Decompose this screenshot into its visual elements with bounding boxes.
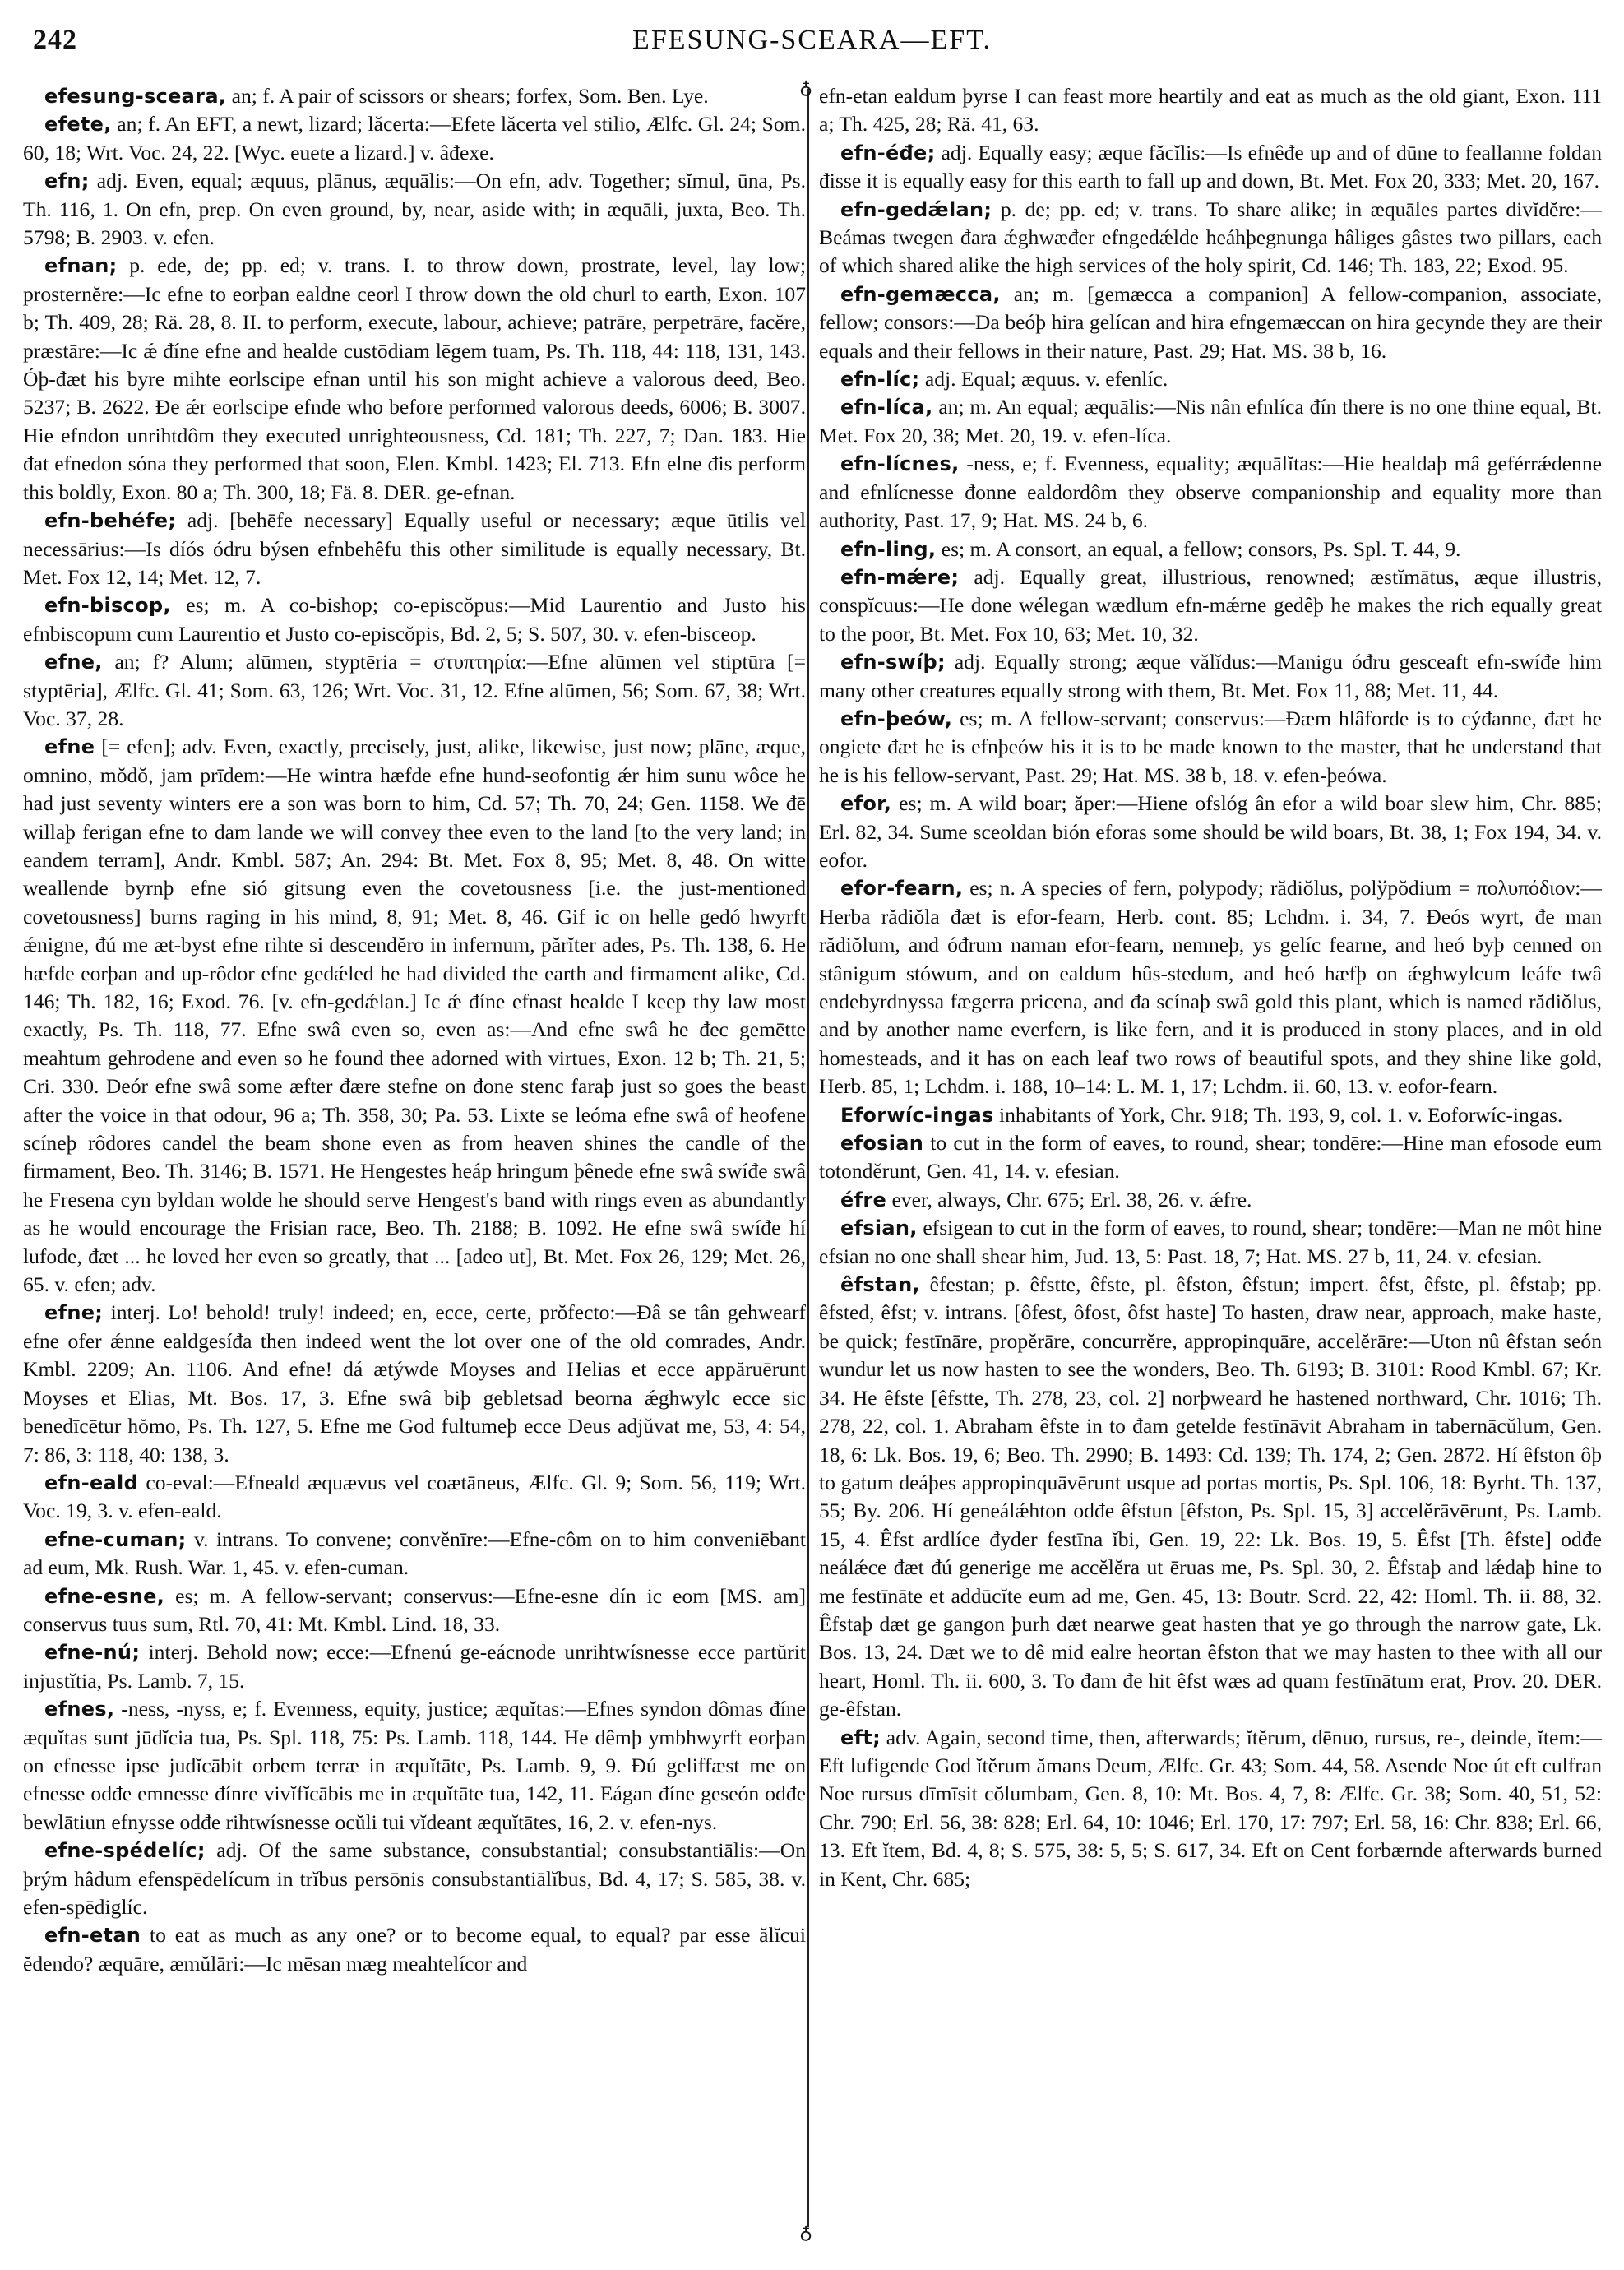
dictionary-entry: efnes, -ness, -nyss, e; f. Evenness, equ… [23,1695,806,1837]
dictionary-entry: efn-gedǽlan; p. de; pp. ed; v. trans. To… [819,196,1602,280]
entry-body: co-eval:—Efneald æquævus vel coætāneus, … [23,1471,806,1522]
dictionary-entry: efnan; p. ede, de; pp. ed; v. trans. I. … [23,252,806,507]
dictionary-entry: efn-þeów, es; m. A fellow-servant; conse… [819,705,1602,790]
entry-headword: efn-eald [44,1471,138,1494]
entry-headword: efn-lícnes, [840,452,960,475]
dictionary-entry: efn-mǽre; adj. Equally great, illustriou… [819,563,1602,648]
entry-headword: efn-behéfe; [44,509,176,532]
entry-body: adj. Even, equal; æquus, plānus, æquālis… [23,169,806,249]
entry-headword: Eforwíc-ingas [840,1104,994,1127]
entry-headword: eft; [840,1726,881,1749]
entry-headword: efn-þeów, [840,707,952,730]
entry-body: to eat as much as any one? or to become … [23,1923,806,1975]
entry-headword: efn-ling, [840,538,936,561]
entry-headword: efne-nú; [44,1641,140,1664]
entry-headword: efn-etan [44,1924,141,1947]
dictionary-entry: efn-behéfe; adj. [behēfe necessary] Equa… [23,507,806,591]
entry-headword: efete, [44,113,112,136]
entry-body: an; m. An equal; æquālis:—Nis nân efnlíc… [819,395,1602,447]
entry-body: es; n. A species of fern, polypody; rădi… [819,876,1602,1098]
page-header: 242 EFESUNG-SCEARA—EFT. [33,25,1591,66]
right-column: efn-etan ealdum þyrse I can feast more h… [819,82,1602,1893]
entry-headword: efosian [840,1132,923,1155]
dictionary-entry: efn-ling, es; m. A consort, an equal, a … [819,535,1602,563]
entry-body: êfestan; p. êfstte, êfste, pl. êfston, ê… [819,1272,1602,1721]
ornament-bottom-icon: ♁ [799,2224,812,2242]
entry-body: interj. Behold now; ecce:—Efnenú ge-eácn… [23,1640,806,1692]
dictionary-entry: efn-gemæcca, an; m. [gemæcca a companion… [819,280,1602,365]
entry-headword: efne-esne, [44,1585,164,1608]
entry-body: ever, always, Chr. 675; Erl. 38, 26. v. … [886,1188,1252,1211]
entry-body: p. ede, de; pp. ed; v. trans. I. to thro… [23,253,806,503]
entry-headword: efesung-sceara, [44,85,226,108]
entry-headword: efne-spédelíc; [44,1839,206,1862]
entry-headword: éfre [840,1188,886,1211]
entry-body: efsigean to cut in the form of eaves, to… [819,1216,1602,1267]
dictionary-entry: éfre ever, always, Chr. 675; Erl. 38, 26… [819,1186,1602,1214]
dictionary-entry: efete, an; f. An EFT, a newt, lizard; lă… [23,110,806,167]
entry-body: inhabitants of York, Chr. 918; Th. 193, … [994,1103,1563,1127]
dictionary-entry: efne-cuman; v. intrans. To convene; conv… [23,1526,806,1582]
dictionary-entry: efn-etan ealdum þyrse I can feast more h… [819,82,1602,139]
dictionary-entry: efn-líca, an; m. An equal; æquālis:—Nis … [819,393,1602,450]
entry-headword: efn-biscop, [44,594,171,617]
dictionary-entry: efne, an; f? Alum; alūmen, styptēria = σ… [23,648,806,733]
entry-body: es; m. A wild boar; ăper:—Hiene ofslóg â… [819,791,1602,872]
running-head: EFESUNG-SCEARA—EFT. [33,25,1591,56]
dictionary-entry: efne; interj. Lo! behold! truly! indeed;… [23,1299,806,1468]
dictionary-entry: efne-esne, es; m. A fellow-servant; cons… [23,1582,806,1639]
entry-body: es; m. A consort, an equal, a fellow; co… [936,537,1460,561]
entry-body: efn-etan ealdum þyrse I can feast more h… [819,84,1602,136]
entry-headword: êfstan, [840,1273,920,1296]
entry-body: to cut in the form of eaves, to round, s… [819,1131,1602,1183]
entry-headword: efn; [44,169,90,192]
entry-body: an; f. A pair of scissors or shears; for… [226,84,708,108]
entry-headword: efn-líc; [840,368,919,391]
entry-headword: efne; [44,1301,103,1324]
dictionary-entry: efn-líc; adj. Equal; æquus. v. efenlíc. [819,365,1602,393]
dictionary-entry: efne-spédelíc; adj. Of the same substanc… [23,1837,806,1921]
entry-body: interj. Lo! behold! truly! indeed; en, e… [23,1300,806,1466]
dictionary-entry: efn; adj. Even, equal; æquus, plānus, æq… [23,167,806,252]
entry-body: an; f. An EFT, a newt, lizard; lăcerta:—… [23,112,806,164]
dictionary-entry: efesung-sceara, an; f. A pair of scissor… [23,82,806,110]
dictionary-entry: efsian, efsigean to cut in the form of e… [819,1214,1602,1271]
dictionary-entry: efosian to cut in the form of eaves, to … [819,1129,1602,1186]
entry-headword: efor-fearn, [840,877,963,900]
dictionary-entry: efn-etan to eat as much as any one? or t… [23,1921,806,1978]
dictionary-entry: efn-swíþ; adj. Equally strong; æque vălĭ… [819,648,1602,705]
entry-headword: efne-cuman; [44,1528,187,1551]
entry-headword: efsian, [840,1216,918,1239]
entry-body: [= efen]; adv. Even, exactly, precisely,… [23,734,806,1296]
entry-headword: efnes, [44,1698,114,1721]
dictionary-entry: efn-lícnes, -ness, e; f. Evenness, equal… [819,450,1602,535]
entry-headword: efn-swíþ; [840,651,946,674]
dictionary-entry: efn-eald co-eval:—Efneald æquævus vel co… [23,1469,806,1526]
entry-headword: efn-éđe; [840,141,936,164]
entry-headword: efn-gedǽlan; [840,198,992,221]
entry-body: -ness, -nyss, e; f. Evenness, equity, ju… [23,1697,806,1834]
entry-headword: efne [44,735,95,758]
dictionary-entry: efne [= efen]; adv. Even, exactly, preci… [23,733,806,1299]
entry-headword: efnan; [44,254,117,277]
entry-headword: efne, [44,651,103,674]
dictionary-entry: efne-nú; interj. Behold now; ecce:—Efnen… [23,1638,806,1695]
entry-body: an; f? Alum; alūmen, styptēria = στυπτηρ… [23,650,806,730]
dictionary-entry: efor-fearn, es; n. A species of fern, po… [819,874,1602,1100]
entry-body: adv. Again, second time, then, afterward… [819,1726,1602,1891]
left-column: efesung-sceara, an; f. A pair of scissor… [23,82,806,1978]
dictionary-entry: efn-éđe; adj. Equally easy; æque făcĭlis… [819,139,1602,196]
entry-headword: efn-líca, [840,396,932,419]
dictionary-entry: Eforwíc-ingas inhabitants of York, Chr. … [819,1101,1602,1129]
entry-body: adj. Equally easy; æque făcĭlis:—Is efnê… [819,141,1602,192]
entry-body: adj. Equal; æquus. v. efenlíc. [919,367,1168,391]
entry-headword: efn-gemæcca, [840,283,1001,306]
dictionary-entry: êfstan, êfestan; p. êfstte, êfste, pl. ê… [819,1271,1602,1724]
entry-headword: efor, [840,792,891,815]
dictionary-entry: efn-biscop, es; m. A co-bishop; co-episc… [23,591,806,648]
column-divider [807,89,809,2227]
entry-headword: efn-mǽre; [840,566,959,589]
dictionary-entry: efor, es; m. A wild boar; ăper:—Hiene of… [819,790,1602,874]
dictionary-entry: eft; adv. Again, second time, then, afte… [819,1724,1602,1893]
